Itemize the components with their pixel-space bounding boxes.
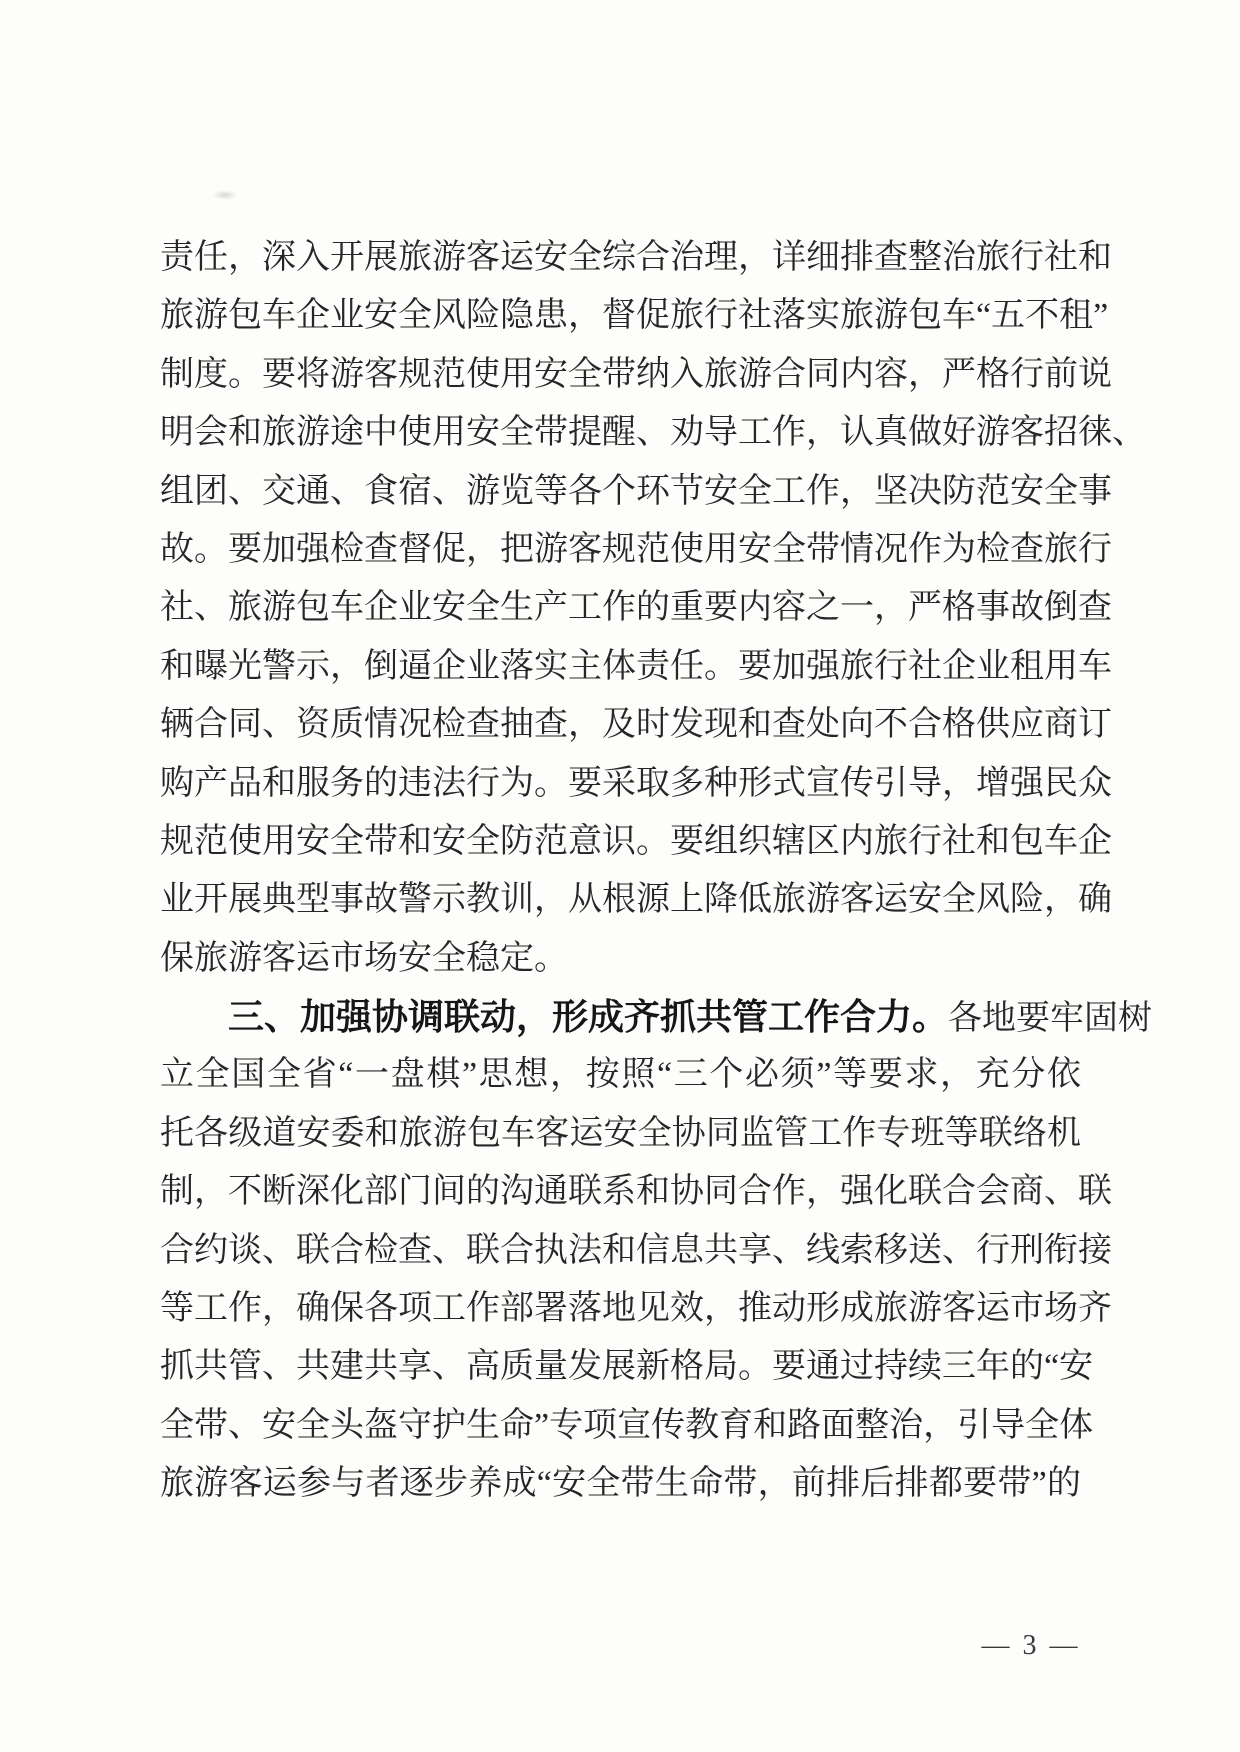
body-line: 业开展典型事故警示教训，从根源上降低旅游客运安全风险，确 [160, 871, 1081, 929]
body-line: 规范使用安全带和安全防范意识。要组织辖区内旅行社和包车企 [160, 813, 1081, 871]
body-line: 制度。要将游客规范使用安全带纳入旅游合同内容，严格行前说 [160, 346, 1081, 404]
body-line-paragraph-end: 保旅游客运市场安全稳定。 [160, 930, 1081, 988]
body-line: 全带、安全头盔守护生命”专项宣传教育和路面整治，引导全体 [160, 1397, 1081, 1455]
section-heading-tail-text: 各地要牢固树 [948, 1000, 1152, 1037]
body-line: 等工作，确保各项工作部署落地见效，推动形成旅游客运市场齐 [160, 1280, 1081, 1338]
body-line: 责任，深入开展旅游客运安全综合治理，详细排查整治旅行社和 [160, 229, 1081, 287]
body-line: 购产品和服务的违法行为。要采取多种形式宣传引导，增强民众 [160, 755, 1081, 813]
body-line: 旅游客运参与者逐步养成“安全带生命带，前排后排都要带”的 [160, 1455, 1081, 1513]
body-line: 旅游包车企业安全风险隐患，督促旅行社落实旅游包车“五不租” [160, 287, 1081, 345]
body-line: 制，不断深化部门间的沟通联系和协同合作，强化联合会商、联 [160, 1163, 1081, 1221]
body-line: 合约谈、联合检查、联合执法和信息共享、线索移送、行刑衔接 [160, 1222, 1081, 1280]
document-text-block: 责任，深入开展旅游客运安全综合治理，详细排查整治旅行社和 旅游包车企业安全风险隐… [160, 229, 1081, 1514]
body-line: 和曝光警示，倒逼企业落实主体责任。要加强旅行社企业租用车 [160, 638, 1081, 696]
body-line: 托各级道安委和旅游包车客运安全协同监管工作专班等联络机 [160, 1105, 1081, 1163]
document-page: 责任，深入开展旅游客运安全综合治理，详细排查整治旅行社和 旅游包车企业安全风险隐… [0, 0, 1240, 1752]
body-line: 组团、交通、食宿、游览等各个环节安全工作，坚决防范安全事 [160, 463, 1081, 521]
body-line: 明会和旅游途中使用安全带提醒、劝导工作，认真做好游客招徕、 [160, 404, 1081, 462]
body-line: 辆合同、资质情况检查抽查，及时发现和查处向不合格供应商订 [160, 696, 1081, 754]
page-number: — 3 — [966, 1630, 1096, 1662]
section-heading-line: 三、加强协调联动，形成齐抓共管工作合力。各地要牢固树 [160, 988, 1081, 1046]
body-line: 社、旅游包车企业安全生产工作的重要内容之一，严格事故倒查 [160, 579, 1081, 637]
body-line: 故。要加强检查督促，把游客规范使用安全带情况作为检查旅行 [160, 521, 1081, 579]
section-heading-bold-text: 三、加强协调联动，形成齐抓共管工作合力。 [228, 996, 948, 1037]
body-line: 立全国全省“一盘棋”思想，按照“三个必须”等要求，充分依 [160, 1046, 1081, 1104]
scan-smudge [212, 190, 238, 200]
body-line: 抓共管、共建共享、高质量发展新格局。要通过持续三年的“安 [160, 1338, 1081, 1396]
